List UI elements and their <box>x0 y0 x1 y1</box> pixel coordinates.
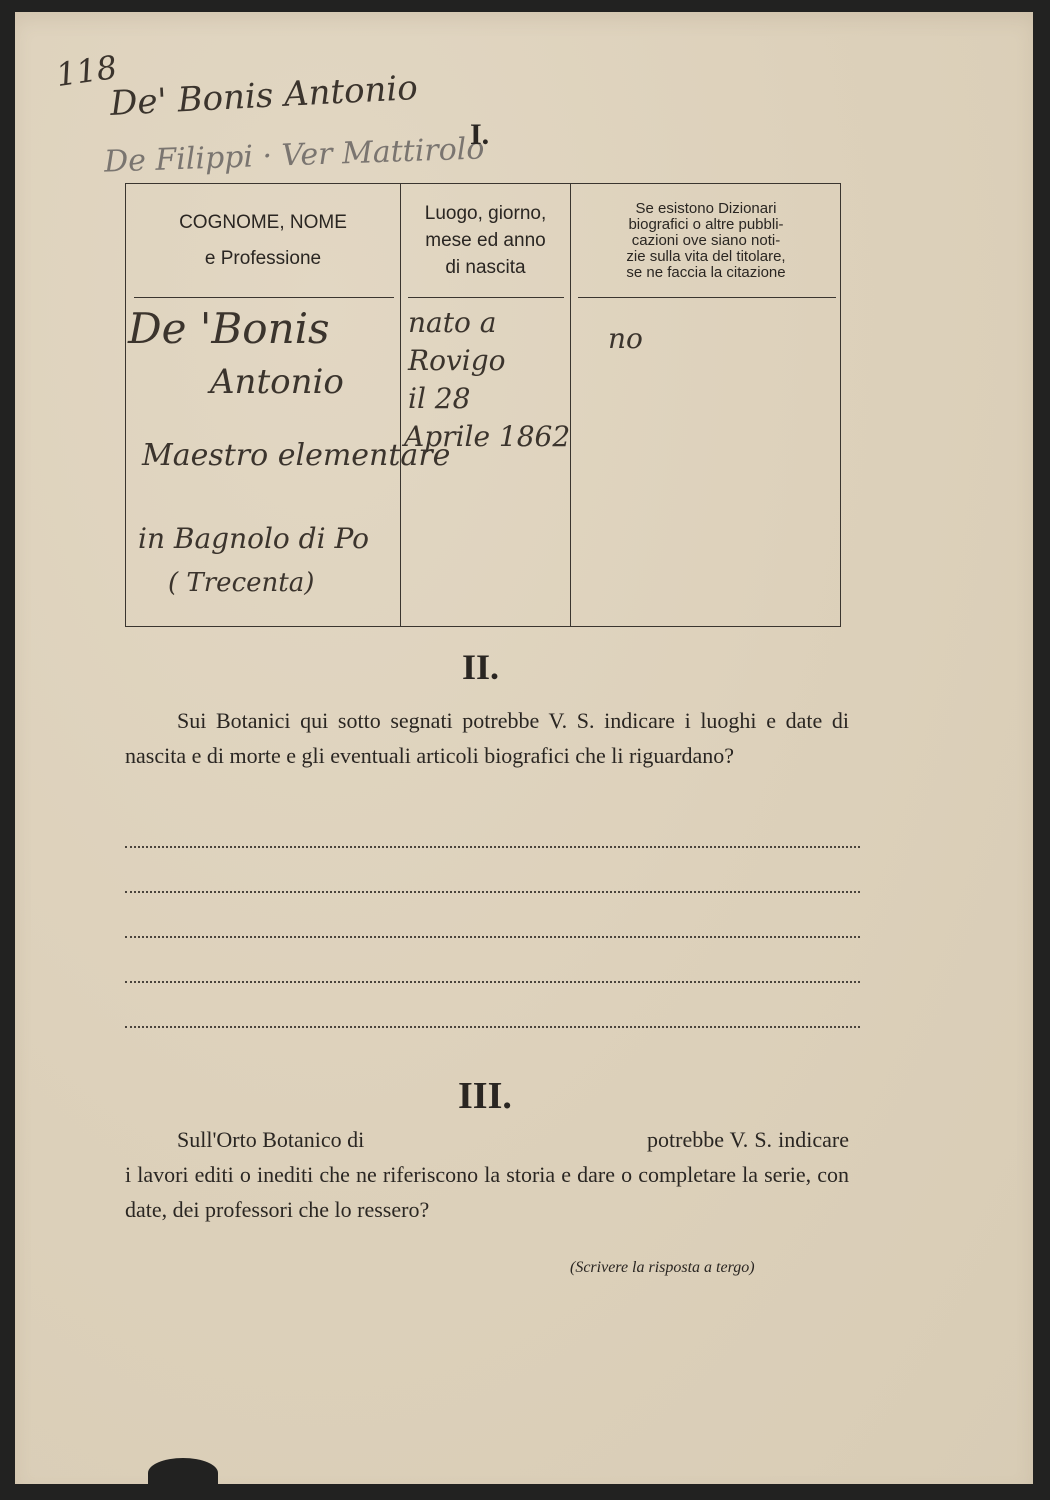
answer-line[interactable] <box>125 846 860 848</box>
answer-line[interactable] <box>125 981 860 983</box>
header-line: se ne faccia la citazione <box>626 265 785 281</box>
section-3-footnote: (Scrivere la risposta a tergo) <box>570 1250 755 1285</box>
entry-first-name: Antonio <box>210 362 344 402</box>
header-rule <box>408 297 564 298</box>
header-rule <box>134 297 394 298</box>
answer-line[interactable] <box>125 936 860 938</box>
header-line: cazioni ove siano noti- <box>626 233 785 249</box>
entry-surname: De 'Bonis <box>128 304 330 353</box>
header-rule <box>578 297 836 298</box>
header-line: Se esistono Dizionari <box>626 201 785 217</box>
answer-line[interactable] <box>125 891 860 893</box>
header-name-profession: COGNOME, NOME e Professione <box>126 184 400 297</box>
entry-location: in Bagnolo di Po <box>138 522 369 555</box>
section-2-question: Sui Botanici qui sotto segnati potrebbe … <box>125 703 849 773</box>
biography-table: COGNOME, NOME e Professione Luogo, giorn… <box>125 183 841 627</box>
section-2-numeral: II. <box>462 646 499 688</box>
entry-birth-line-1: nato a <box>408 306 496 339</box>
section-3-question: potrebbe V. S. indicare i lavori editi o… <box>125 1122 849 1227</box>
section-3-numeral: III. <box>458 1074 512 1118</box>
entry-birth-line-2: Rovigo <box>408 344 506 377</box>
answer-line[interactable] <box>125 1026 860 1028</box>
header-citation: Se esistono Dizionari biografici o altre… <box>571 184 841 297</box>
entry-location-detail: ( Trecenta) <box>168 568 314 598</box>
entry-birth-line-4: Aprile 1862 <box>404 420 570 453</box>
header-line: mese ed anno <box>425 227 547 254</box>
header-line: e Professione <box>179 241 347 277</box>
header-line: biografici o altre pubbli- <box>626 217 785 233</box>
header-line: zie sulla vita del titolare, <box>626 249 785 265</box>
torn-edge <box>148 1458 218 1488</box>
section-1-numeral: I. <box>470 118 489 152</box>
entry-citation: no <box>608 322 643 355</box>
header-line: di nascita <box>425 254 547 281</box>
header-line: Luogo, giorno, <box>425 200 547 227</box>
section-3-question-rest: potrebbe V. S. indicare i lavori editi o… <box>125 1127 849 1222</box>
header-line: COGNOME, NOME <box>179 205 347 241</box>
entry-birth-line-3: il 28 <box>408 382 470 415</box>
header-birth: Luogo, giorno, mese ed anno di nascita <box>401 184 570 297</box>
